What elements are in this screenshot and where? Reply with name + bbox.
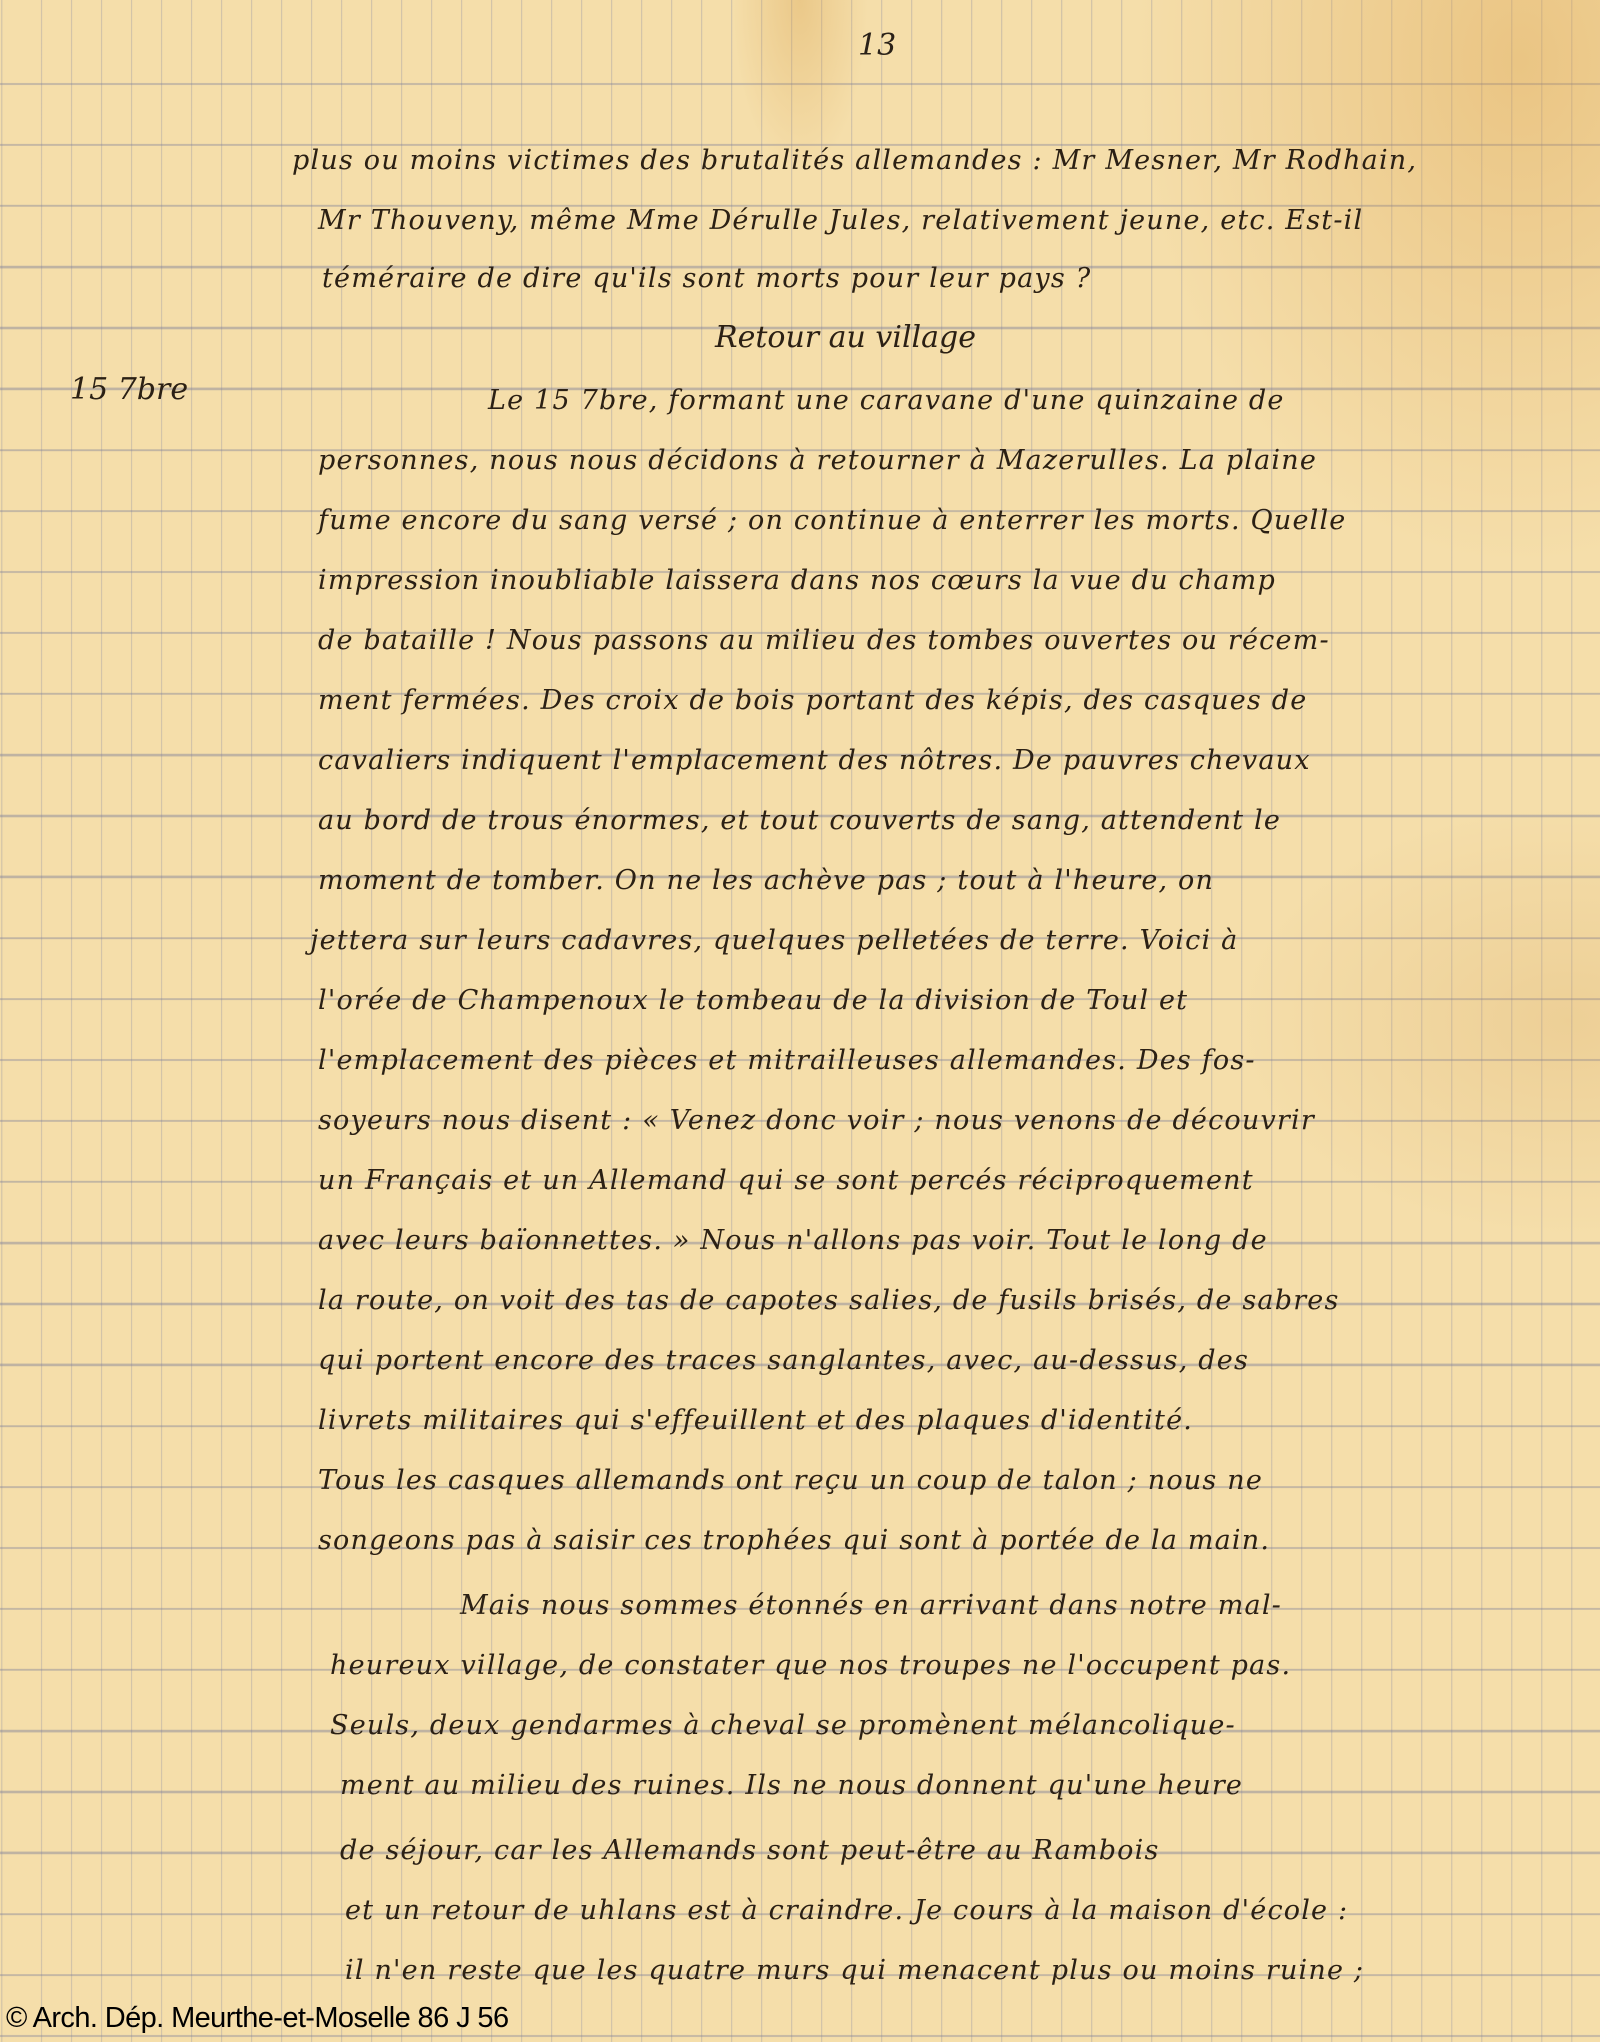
text-line: la route, on voit des tas de capotes sal…: [318, 1285, 1340, 1316]
text-line: cavaliers indiquent l'emplacement des nô…: [318, 745, 1311, 776]
text-line: Seuls, deux gendarmes à cheval se promèn…: [330, 1710, 1236, 1741]
text-line: soyeurs nous disent : « Venez donc voir …: [318, 1105, 1315, 1136]
text-line: Le 15 7bre, formant une caravane d'une q…: [488, 385, 1285, 416]
text-line: l'emplacement des pièces et mitrailleuse…: [318, 1045, 1256, 1076]
page-number: 13: [858, 28, 896, 63]
text-line: de séjour, car les Allemands sont peut-ê…: [340, 1835, 1160, 1866]
text-line: et un retour de uhlans est à craindre. J…: [345, 1895, 1348, 1926]
text-line: de bataille ! Nous passons au milieu des…: [318, 625, 1330, 656]
text-line: plus ou moins victimes des brutalités al…: [292, 145, 1417, 176]
text-line: un Français et un Allemand qui se sont p…: [318, 1165, 1254, 1196]
text-line: impression inoubliable laissera dans nos…: [318, 565, 1276, 596]
section-title: Retour au village: [715, 320, 976, 355]
text-line: livrets militaires qui s'effeuillent et …: [318, 1405, 1193, 1436]
text-line: téméraire de dire qu'ils sont morts pour…: [322, 263, 1091, 294]
text-line: personnes, nous nous décidons à retourne…: [318, 445, 1317, 476]
text-line: qui portent encore des traces sanglantes…: [318, 1345, 1249, 1376]
text-line: Mais nous sommes étonnés en arrivant dan…: [460, 1590, 1282, 1621]
margin-date-note: 15 7bre: [70, 372, 188, 407]
text-line: au bord de trous énormes, et tout couver…: [318, 805, 1281, 836]
copyright-notice: © Arch. Dép. Meurthe-et-Moselle 86 J 56: [6, 2002, 508, 2035]
text-line: fume encore du sang versé ; on continue …: [318, 505, 1346, 536]
text-line: ment au milieu des ruines. Ils ne nous d…: [340, 1770, 1243, 1801]
text-line: avec leurs baïonnettes. » Nous n'allons …: [318, 1225, 1268, 1256]
text-line: songeons pas à saisir ces trophées qui s…: [318, 1525, 1270, 1556]
text-line: heureux village, de constater que nos tr…: [330, 1650, 1291, 1681]
text-line: Tous les casques allemands ont reçu un c…: [318, 1465, 1263, 1496]
text-line: moment de tomber. On ne les achève pas ;…: [318, 865, 1214, 896]
text-line: il n'en reste que les quatre murs qui me…: [345, 1955, 1364, 1986]
text-line: Mr Thouveny, même Mme Dérulle Jules, rel…: [318, 205, 1363, 236]
text-line: jettera sur leurs cadavres, quelques pel…: [310, 925, 1238, 956]
text-line: l'orée de Champenoux le tombeau de la di…: [318, 985, 1188, 1016]
text-line: ment fermées. Des croix de bois portant …: [318, 685, 1307, 716]
